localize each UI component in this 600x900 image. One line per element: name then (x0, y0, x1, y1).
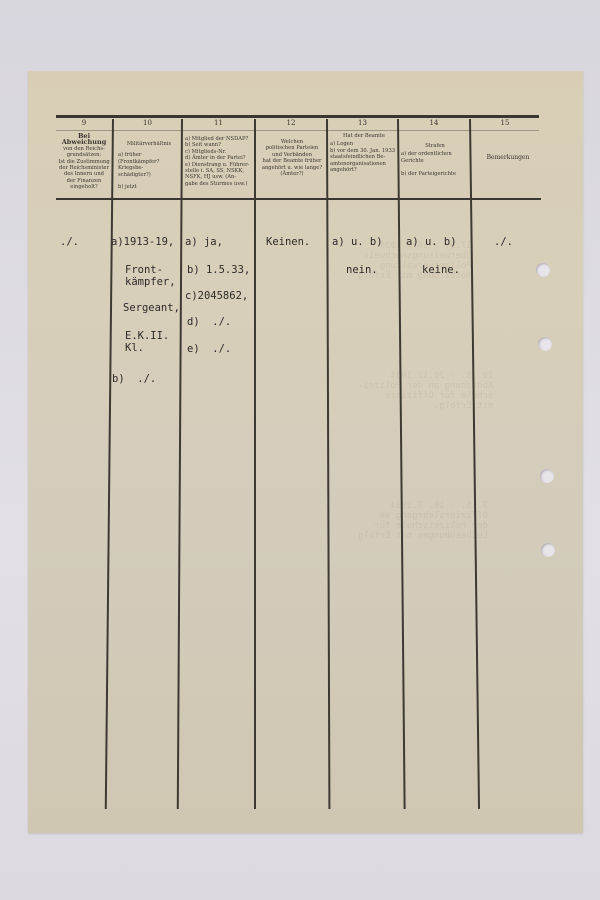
column-header-10: Militärverhältnis a) früher (Frontkämpfe… (118, 141, 180, 205)
entry-col11-a: a) ja, (185, 236, 223, 248)
column-header-14: Strafen a) der ordentlichen Gerichte b) … (401, 143, 469, 207)
entry-col10-a-rank: Sergeant, (123, 302, 180, 314)
entry-col14-a: a) u. b) (406, 236, 457, 248)
column-header-text: a) Logen b) vor dem 30. Jan. 1933 staats… (330, 141, 398, 173)
column-header-text: von den Reichs- grundsätzen: Ist die Zus… (56, 146, 112, 191)
entry-col11-b: b) 1.5.33, (187, 264, 250, 276)
column-number-10: 10 (114, 119, 181, 131)
entry-col11-c: c)2045862, (185, 290, 248, 302)
punch-hole (541, 543, 555, 557)
entry-col10-a-frontkaempfer: Front- kämpfer, (125, 264, 176, 288)
column-number-11: 11 (183, 119, 254, 131)
document-page: 17.9. - 16.7.1934 Überweisungsnachweis P… (28, 71, 583, 833)
column-divider (469, 119, 480, 809)
column-header-11: a) Mitglied der NSDAP? b) Seit wann? c) … (185, 136, 255, 200)
column-number-13: 13 (328, 119, 397, 131)
punch-hole (540, 469, 554, 483)
entry-col15: ./. (494, 236, 513, 248)
column-number-15: 15 (471, 119, 539, 131)
column-header-text: a) Mitglied der NSDAP? b) Seit wann? c) … (185, 136, 255, 187)
column-divider (326, 119, 330, 809)
column-number-14: 14 (399, 119, 469, 131)
column-header-13: Hat der Beamte a) Logen b) vor dem 30. J… (330, 133, 398, 197)
column-divider (397, 119, 406, 809)
column-divider (254, 119, 256, 809)
column-header-title: Militärverhältnis (118, 141, 180, 147)
entry-col11-d: d) ./. (187, 316, 231, 328)
column-header-12: Welchen politischen Parteien und Verbänd… (258, 139, 326, 203)
entry-col10-a: a)1913-19, (111, 236, 174, 248)
entry-col11-e: e) ./. (187, 343, 231, 355)
punch-hole (538, 337, 552, 351)
entry-col12: Keinen. (266, 236, 310, 248)
column-header-title: Hat der Beamte (330, 133, 398, 139)
column-header-text: a) der ordentlichen Gerichte b) der Part… (401, 151, 469, 177)
column-header-title: Bei Abweichung (56, 133, 112, 146)
entry-col10-b: b) ./. (112, 373, 156, 385)
entry-col14-b: keine. (422, 264, 460, 276)
column-divider (105, 119, 114, 809)
column-divider (177, 119, 183, 809)
column-number-9: 9 (56, 119, 112, 131)
entry-col13-b: nein. (346, 264, 378, 276)
entry-col13-a: a) u. b) (332, 236, 383, 248)
column-header-text: a) früher (Frontkämpfer? Kriegsbe- schäd… (118, 152, 180, 190)
column-number-12: 12 (256, 119, 326, 131)
column-header-title: Bemerkungen (474, 155, 542, 161)
header-top-rule (56, 115, 539, 118)
column-header-15: Bemerkungen (474, 155, 542, 219)
column-header-text: Welchen politischen Parteien und Verbänd… (258, 139, 326, 177)
bleed-through-text: 7. 5. - 16. 7.1934 Offizierslehrgang an … (358, 501, 488, 541)
punch-hole (536, 263, 550, 277)
column-header-title: Strafen (401, 143, 469, 149)
entry-col9: ./. (60, 236, 79, 248)
column-header-9: Bei Abweichung von den Reichs- grundsätz… (56, 133, 112, 197)
entry-col10-a-decoration: E.K.II. Kl. (125, 330, 169, 354)
